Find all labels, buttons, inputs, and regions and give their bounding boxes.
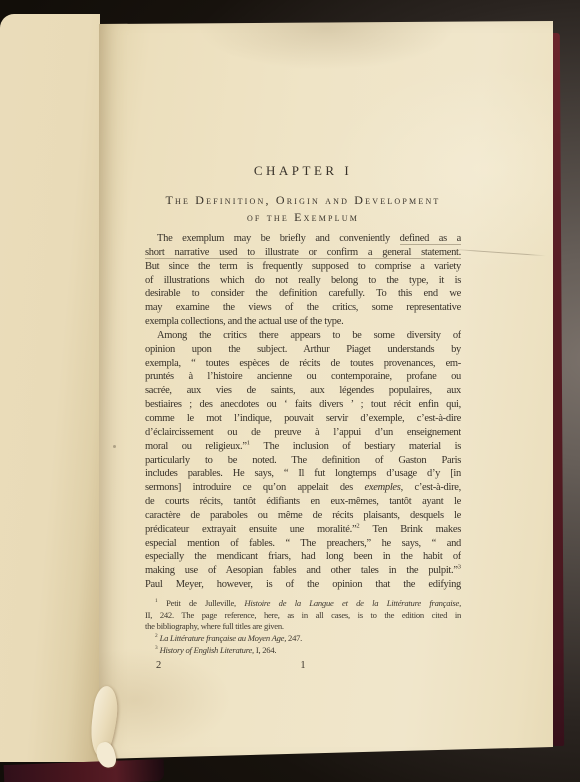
- body-line: pruntés à l’histoire ancienne ou contemp…: [145, 370, 461, 384]
- body-line: d’éclaircissement ou de preuve à l’appui…: [145, 426, 461, 440]
- body-line: comme le mot l’indique, pouvait servir d…: [145, 412, 461, 426]
- section-title-line1: The Definition, Origin and Development: [145, 192, 461, 209]
- facing-page: [0, 14, 100, 762]
- body-text: The exemplum may be briefly and convenie…: [145, 232, 461, 592]
- footnote-line: the bibliography, where full titles are …: [145, 621, 461, 633]
- footnote-line: 1 Petit de Julleville, Histoire de la La…: [145, 598, 461, 610]
- pencil-mark-dot: [113, 445, 116, 448]
- photo-backdrop: CHAPTER I The Definition, Origin and Dev…: [0, 0, 580, 782]
- book-page: CHAPTER I The Definition, Origin and Dev…: [99, 21, 553, 759]
- book-cover-corner-bottom-left: [4, 759, 165, 782]
- body-line: But since the term is frequently suppose…: [145, 260, 461, 274]
- footnote-line: II, 242. The page reference, here, as in…: [145, 610, 461, 622]
- footnote-line: 3 History of English Literature, I, 264.: [145, 645, 461, 657]
- body-line: of illustrations which do not really bel…: [145, 274, 461, 288]
- body-line: especial mention of fables. “ The preach…: [145, 537, 461, 551]
- body-line: may examine the views of the critics, so…: [145, 301, 461, 315]
- body-line: sacrée, aux vies de saints, aux légendes…: [145, 384, 461, 398]
- body-line: making use of Aesopian fables and other …: [145, 564, 461, 578]
- pencil-mark-margin: [451, 249, 546, 257]
- section-title-line2: of the Exemplum: [145, 209, 461, 226]
- page-footer-row: 2 1: [145, 660, 461, 674]
- body-line: particularly to be noted. The definition…: [145, 454, 461, 468]
- signature-mark: 2: [156, 660, 161, 671]
- body-line: desirable to consider the definition car…: [145, 287, 461, 301]
- footnote-line: 2 La Littérature française au Moyen Age,…: [145, 633, 461, 645]
- body-line: exempla, “ toutes espèces de récits de t…: [145, 357, 461, 371]
- body-line: de courts récits, tantôt édifiants en eu…: [145, 495, 461, 509]
- body-line: short narrative used to illustrate or co…: [145, 246, 461, 260]
- body-line: Paul Meyer, however, is of the opinion t…: [145, 578, 461, 592]
- body-line: especially the mendicant friars, had lon…: [145, 550, 461, 564]
- body-line: moral ou religieux.”1 The inclusion of b…: [145, 440, 461, 454]
- body-line: prédicateur extrayait ensuite une morali…: [145, 523, 461, 537]
- body-line: sermons] introduire ce qu’on appelait de…: [145, 481, 461, 495]
- body-line: opinion upon the subject. Arthur Piaget …: [145, 343, 461, 357]
- body-line: bestiaires ; des anecdotes ou ‘ faits di…: [145, 398, 461, 412]
- body-line: exempla collections, and the actual use …: [145, 315, 461, 329]
- body-line: Among the critics there appears to be so…: [145, 329, 461, 343]
- page-text: CHAPTER I The Definition, Origin and Dev…: [145, 163, 461, 674]
- footnotes: 1 Petit de Julleville, Histoire de la La…: [145, 598, 461, 656]
- page-number: 1: [145, 660, 461, 671]
- chapter-heading: CHAPTER I: [145, 163, 461, 178]
- body-line: The exemplum may be briefly and convenie…: [145, 232, 461, 246]
- body-line: caractère de paraboles ou même de récits…: [145, 509, 461, 523]
- body-line: includes parables. He says, “ Il fut lon…: [145, 467, 461, 481]
